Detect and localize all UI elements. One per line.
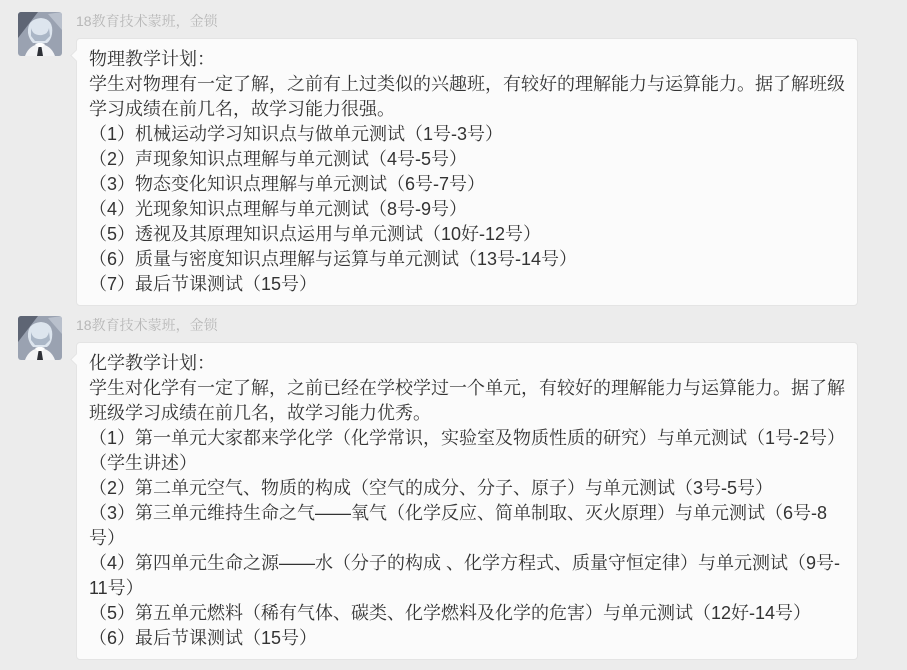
message-line: （2）第二单元空气、物质的构成（空气的成分、分子、原子）与单元测试（3号-5号） xyxy=(89,476,845,501)
message-line: （2）声现象知识点理解与单元测试（4号-5号） xyxy=(89,147,845,172)
message-line: （4）光现象知识点理解与单元测试（8号-9号） xyxy=(89,197,845,222)
message-bubble[interactable]: 化学教学计划：学生对化学有一定了解，之前已经在学校学过一个单元，有较好的理解能力… xyxy=(76,342,858,660)
message-line: （7）最后节课测试（15号） xyxy=(89,272,845,297)
message-line: （5）第五单元燃料（稀有气体、碳类、化学燃料及化学的危害）与单元测试（12好-1… xyxy=(89,601,845,626)
anime-avatar-image xyxy=(18,316,62,360)
message-line: （5）透视及其原理知识点运用与单元测试（10好-12号） xyxy=(89,222,845,247)
message-line: 学生对化学有一定了解，之前已经在学校学过一个单元，有较好的理解能力与运算能力。据… xyxy=(89,376,845,426)
message-content: 18教育技术蒙班，金锁 化学教学计划：学生对化学有一定了解，之前已经在学校学过一… xyxy=(76,316,889,660)
message-line: （3）第三单元维持生命之气——氧气（化学反应、简单制取、灭火原理）与单元测试（6… xyxy=(89,501,845,551)
user-avatar[interactable] xyxy=(18,316,62,360)
message-line: （1）第一单元大家都来学化学（化学常识，实验室及物质性质的研究）与单元测试（1号… xyxy=(89,426,845,476)
message-line: 物理教学计划： xyxy=(89,47,845,72)
message-line: 化学教学计划： xyxy=(89,351,845,376)
chat-message: 18教育技术蒙班，金锁 物理教学计划：学生对物理有一定了解，之前有上过类似的兴趣… xyxy=(18,12,889,306)
message-bubble[interactable]: 物理教学计划：学生对物理有一定了解，之前有上过类似的兴趣班，有较好的理解能力与运… xyxy=(76,38,858,306)
chat-history: 18教育技术蒙班，金锁 物理教学计划：学生对物理有一定了解，之前有上过类似的兴趣… xyxy=(0,0,907,670)
message-content: 18教育技术蒙班，金锁 物理教学计划：学生对物理有一定了解，之前有上过类似的兴趣… xyxy=(76,12,889,306)
sender-name: 18教育技术蒙班，金锁 xyxy=(76,12,889,30)
message-line: （6）最后节课测试（15号） xyxy=(89,626,845,651)
anime-avatar-image xyxy=(18,12,62,56)
sender-name: 18教育技术蒙班，金锁 xyxy=(76,316,889,334)
message-line: （1）机械运动学习知识点与做单元测试（1号-3号） xyxy=(89,122,845,147)
user-avatar[interactable] xyxy=(18,12,62,56)
message-line: （6）质量与密度知识点理解与运算与单元测试（13号-14号） xyxy=(89,247,845,272)
message-line: 学生对物理有一定了解，之前有上过类似的兴趣班，有较好的理解能力与运算能力。据了解… xyxy=(89,72,845,122)
chat-message: 18教育技术蒙班，金锁 化学教学计划：学生对化学有一定了解，之前已经在学校学过一… xyxy=(18,316,889,660)
message-line: （3）物态变化知识点理解与单元测试（6号-7号） xyxy=(89,172,845,197)
message-line: （4）第四单元生命之源——水（分子的构成 、化学方程式、质量守恒定律）与单元测试… xyxy=(89,551,845,601)
